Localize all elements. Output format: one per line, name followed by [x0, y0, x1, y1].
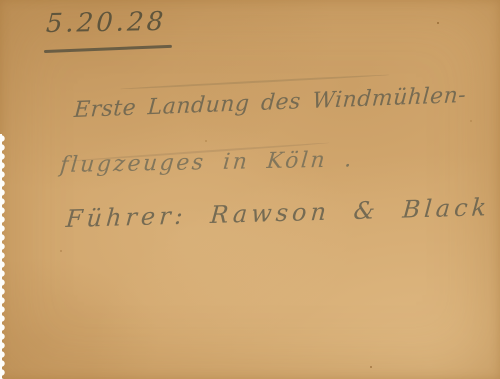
scanned-note: 5.20.28 Erste Landung des Windmühlen- fl…	[0, 0, 500, 379]
paper-card	[0, 0, 500, 379]
handwritten-date: 5.20.28	[45, 9, 167, 37]
paper-flecks	[437, 22, 439, 24]
handwritten-line-2: flugzeuges in Köln .	[59, 149, 355, 177]
perforated-edge	[0, 134, 6, 379]
